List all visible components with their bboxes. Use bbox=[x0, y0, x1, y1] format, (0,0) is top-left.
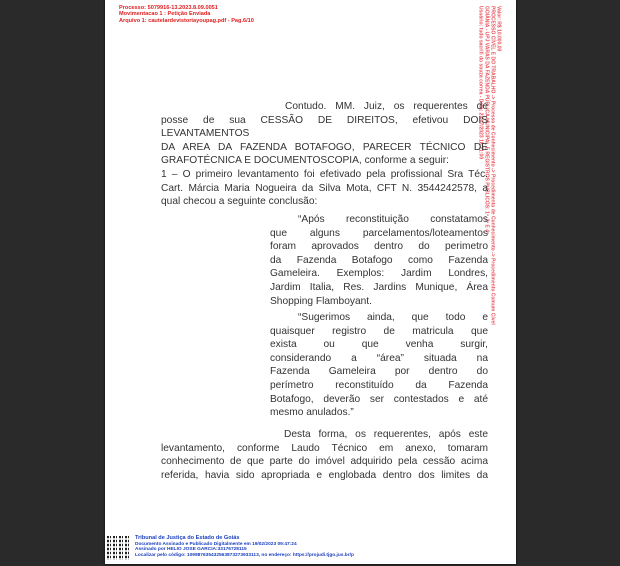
text-line: qual checou a seguinte conclusão: bbox=[161, 195, 488, 209]
text-line: referida, havia sido apropriada e englob… bbox=[161, 469, 488, 483]
text-line: Shopping Flamboyant. bbox=[270, 295, 488, 309]
text-line: que alguns parcelamentos/loteamentos bbox=[270, 227, 488, 241]
text-line: mesmo anulados.” bbox=[270, 406, 488, 420]
text-line: Botafogo, deverão ser contestados e até bbox=[270, 393, 488, 407]
text-line: considerando a “área” situada na bbox=[270, 352, 488, 366]
signature-footer: Tribunal de Justiça do Estado de Goiás D… bbox=[107, 536, 354, 562]
text-line: GRAFOTÉCNICA E DOCUMENTOSCOPIA, conforme… bbox=[161, 154, 488, 168]
document-page: Processo: 5079916-13.2023.8.09.0051 Movi… bbox=[105, 0, 516, 564]
text-line: levantamento, conforme Laudo Técnico em … bbox=[161, 442, 488, 456]
text-line: Gameleira. Exemplos: Jardim Londres, bbox=[270, 267, 488, 281]
side-stamp-line-2: PROCESSO CÍVEL E DO TRABALHO -> Processo… bbox=[489, 6, 495, 325]
quote-conclusion: “Após reconstituição constatamos que alg… bbox=[270, 213, 488, 308]
text-line: Jardim Italia, Res. Jardins Munique, Áre… bbox=[270, 281, 488, 295]
quote-suggestion: “Sugerimos ainda, que todo e quaisquer r… bbox=[270, 311, 488, 420]
paragraph-intro: Contudo. MM. Juiz, os requerentes de pos… bbox=[161, 100, 488, 168]
text-line: conhecimento de que parte do imóvel adqu… bbox=[161, 455, 488, 469]
text-line: “Após reconstituição constatamos bbox=[270, 213, 488, 227]
text-line: DA AREA DA FAZENDA BOTAFOGO, PARECER TÉC… bbox=[161, 141, 488, 155]
qr-code-icon bbox=[107, 536, 131, 560]
text-line: Cart. Márcia Maria Nogueira da Silva Mot… bbox=[161, 182, 488, 196]
text-line: Desta forma, os requerentes, após este bbox=[161, 428, 488, 442]
signature-info: Tribunal de Justiça do Estado de Goiás D… bbox=[135, 536, 354, 558]
text-line: da Fazenda Botafogo como Fazenda bbox=[270, 254, 488, 268]
text-line: 1 – O primeiro levantamento foi efetivad… bbox=[161, 168, 488, 182]
text-line: exista ou que venha surgir, bbox=[270, 338, 488, 352]
paragraph-conclusion: Desta forma, os requerentes, após este l… bbox=[161, 428, 488, 482]
paragraph-first-survey: 1 – O primeiro levantamento foi efetivad… bbox=[161, 168, 488, 209]
text-line: Contudo. MM. Juiz, os requerentes de bbox=[161, 100, 488, 114]
locate-code[interactable]: Localizar pelo código: 10998763543256387… bbox=[135, 553, 354, 559]
text-line: foram aprovados dentro do perimetro bbox=[270, 240, 488, 254]
text-line: perímetro reconstituído da Fazenda bbox=[270, 379, 488, 393]
text-line: posse de sua CESSÃO DE DIREITOS, efetivo… bbox=[161, 114, 488, 141]
file-label: Arquivo 1: cautelardevistoriayoupag.pdf … bbox=[119, 18, 254, 24]
process-header: Processo: 5079916-13.2023.8.09.0051 Movi… bbox=[119, 5, 254, 24]
text-line: “Sugerimos ainda, que todo e bbox=[270, 311, 488, 325]
text-line: Fazenda Gameleira por dentro do bbox=[270, 365, 488, 379]
text-line: quaisquer registro de matricula que bbox=[270, 325, 488, 339]
side-stamp-line-1: Valor: R$ 10.000,00 bbox=[495, 6, 501, 51]
